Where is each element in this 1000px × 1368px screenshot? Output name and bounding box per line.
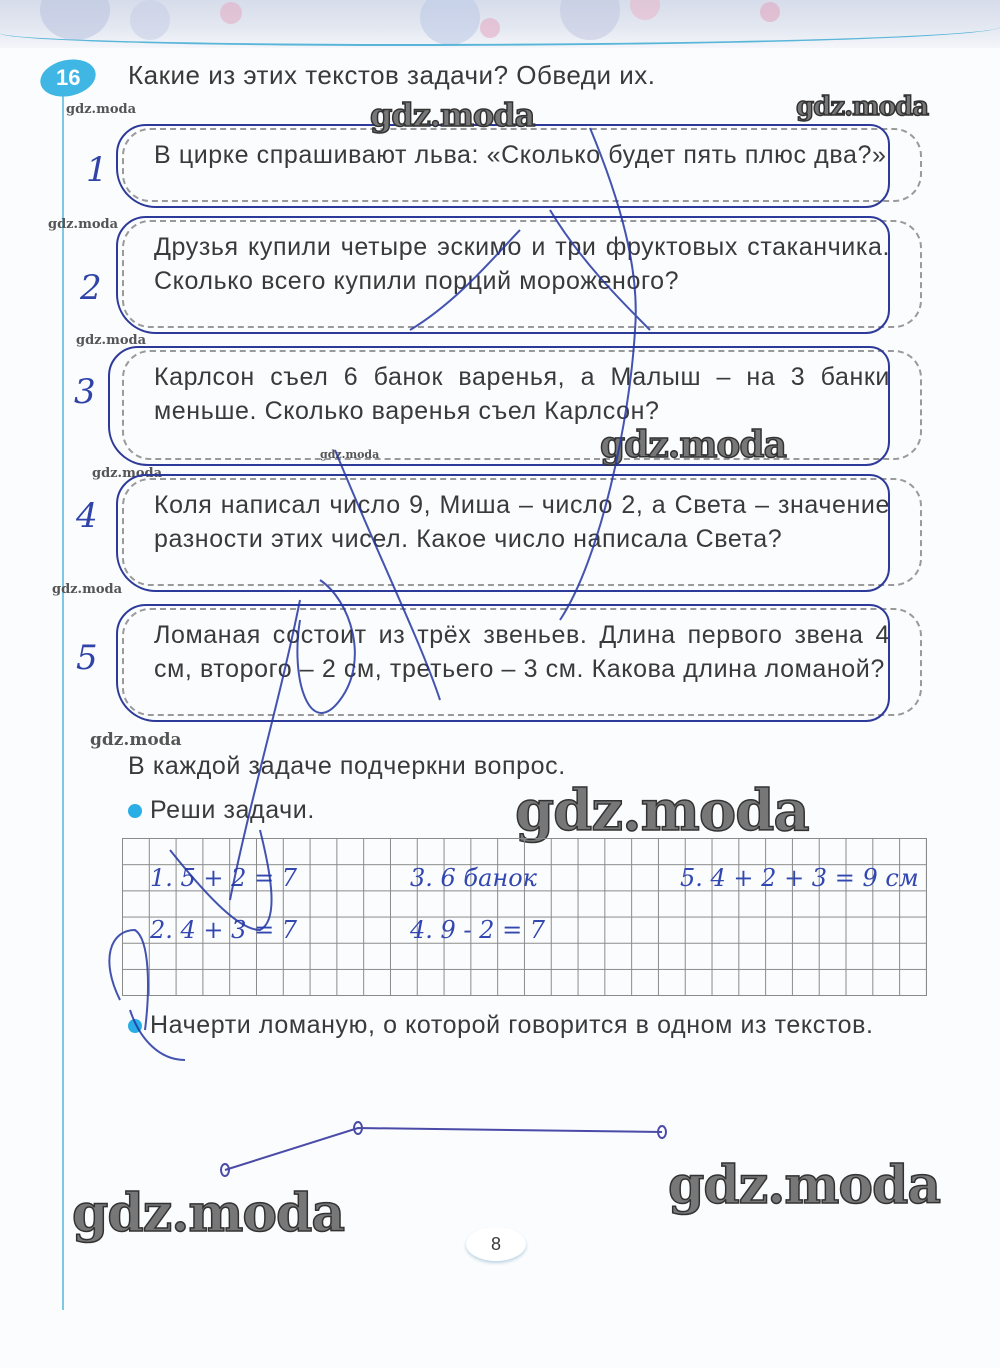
task-number: 16 bbox=[56, 65, 80, 91]
watermark: gdz.moda bbox=[796, 92, 928, 122]
margin-line bbox=[62, 80, 64, 1310]
decorative-header-band bbox=[0, 0, 1000, 48]
instruction-underline: В каждой задаче подчеркни вопрос. bbox=[128, 752, 566, 781]
instruction-draw: Начерти ломаную, о которой говорится в о… bbox=[128, 1008, 928, 1042]
task-title: Какие из этих текстов задачи? Обведи их. bbox=[128, 60, 655, 91]
text-box-content: Ломаная состоит из трёх звеньев. Длина п… bbox=[154, 621, 890, 683]
task-number-badge: 16 bbox=[37, 55, 99, 102]
watermark: gdz.moda bbox=[72, 1183, 344, 1244]
text-box-content: Карлсон съел 6 банок варенья, а Малыш – … bbox=[154, 363, 890, 425]
hand-number: 2 bbox=[80, 268, 102, 308]
answer-2: 2. 4 + 3 = 7 bbox=[150, 916, 297, 944]
bullet-icon bbox=[128, 1019, 142, 1033]
bullet-icon bbox=[128, 804, 142, 818]
page-number: 8 bbox=[466, 1227, 526, 1261]
text-box-4[interactable]: Коля написал число 9, Миша – число 2, а … bbox=[122, 478, 922, 586]
watermark: gdz.moda bbox=[48, 217, 118, 232]
text-box-3[interactable]: Карлсон съел 6 банок варенья, а Малыш – … bbox=[122, 350, 922, 460]
text-box-content: Коля написал число 9, Миша – число 2, а … bbox=[154, 491, 890, 553]
watermark: gdz.moda bbox=[66, 102, 136, 117]
answer-4: 4. 9 - 2 = 7 bbox=[410, 916, 545, 944]
watermark: gdz.moda bbox=[90, 730, 182, 750]
answer-5: 5. 4 + 2 + 3 = 9 см bbox=[680, 864, 919, 892]
watermark: gdz.moda bbox=[370, 96, 534, 134]
watermark: gdz.moda bbox=[76, 333, 146, 348]
watermark: gdz.moda bbox=[515, 778, 809, 844]
text-box-content: Друзья купили четыре эскимо и три фрукто… bbox=[154, 233, 890, 295]
answer-1: 1. 5 + 2 = 7 bbox=[150, 864, 297, 892]
text-box-1[interactable]: В цирке спрашивают льва: «Сколько будет … bbox=[122, 128, 922, 202]
instruction-solve: Реши задачи. bbox=[128, 796, 315, 825]
answer-3: 3. 6 банок bbox=[410, 864, 537, 892]
hand-number: 4 bbox=[76, 496, 98, 536]
text-box-2[interactable]: Друзья купили четыре эскимо и три фрукто… bbox=[122, 220, 922, 328]
text-box-content: В цирке спрашивают льва: «Сколько будет … bbox=[154, 141, 886, 169]
hand-number: 3 bbox=[74, 372, 96, 412]
watermark: gdz.moda bbox=[668, 1155, 940, 1216]
hand-number: 5 bbox=[76, 638, 98, 678]
watermark: gdz.moda bbox=[600, 424, 786, 466]
hand-number: 1 bbox=[86, 150, 108, 190]
text-box-5[interactable]: Ломаная состоит из трёх звеньев. Длина п… bbox=[122, 608, 922, 716]
drawn-polyline bbox=[221, 1122, 666, 1176]
watermark: gdz.moda bbox=[52, 582, 122, 597]
